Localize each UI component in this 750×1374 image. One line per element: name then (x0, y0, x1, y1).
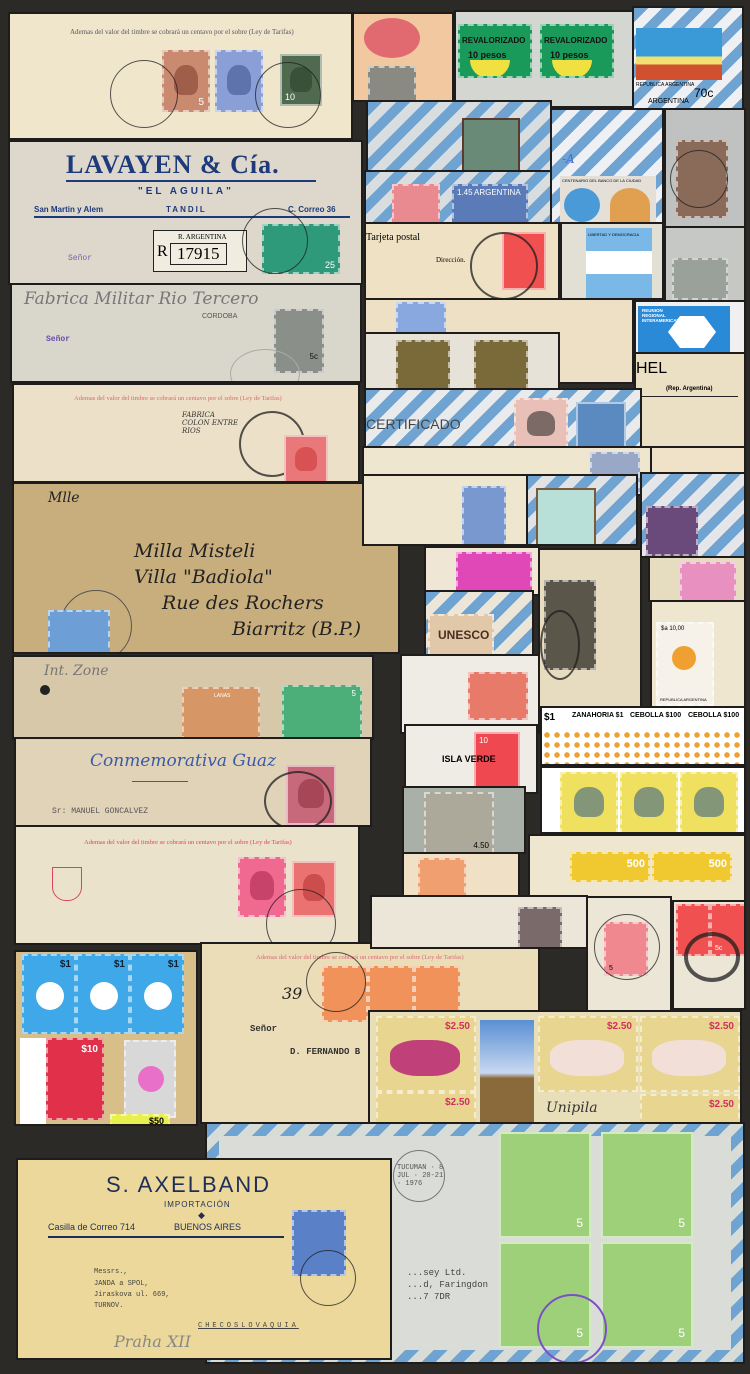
fragment-air-450[interactable]: 4.50 (402, 786, 526, 854)
postmark-expo (110, 60, 178, 128)
stamp-grey-portrait (368, 66, 416, 102)
coat-of-arms-icon (52, 867, 82, 901)
stamp-general-green (462, 118, 520, 172)
stamp-violet-telecom (646, 506, 698, 556)
fragment-libertad[interactable]: LIBERTAD Y DEMOCRACIA (560, 222, 664, 300)
cover-conmemorativa[interactable]: Conmemorativa Guaz Sr: MANUEL GONCALVEZ (14, 737, 372, 827)
stamp-san-martin-20 (462, 486, 506, 546)
fragment-pink-heroes[interactable] (424, 546, 540, 596)
fragment-grey-air[interactable] (664, 226, 746, 302)
postmark-tarjeta (470, 232, 538, 300)
stamp-painting-2 (474, 340, 528, 390)
fragment-san-martin-blue[interactable] (362, 474, 528, 546)
fragment-certificado[interactable]: CERTIFICADO (364, 388, 642, 448)
company-name: S. AXELBAND (106, 1172, 271, 1198)
postmark-tucuman-1976 (393, 1150, 445, 1202)
fragment-red-pair[interactable]: 5c (672, 900, 746, 1010)
reunion-stamp: REUNION REGIONAL INTERAMERICANA (638, 306, 730, 352)
cover-fabrica-militar[interactable]: Fabrica Militar Rio Tercero CORDOBA Seño… (10, 283, 362, 383)
stamp-pink-circle (124, 1040, 176, 1118)
stamp-red-5 (284, 435, 328, 483)
stamp-house-10: $10 (46, 1038, 104, 1120)
stamp-pig-red: $2.50 (376, 1016, 476, 1092)
stamp-bridge: 5 (282, 685, 362, 740)
postmark-expo-2 (255, 62, 321, 128)
fragment-mar-del-plata[interactable]: REPUBLICA ARGENTINA 70c ARGENTINA (632, 6, 744, 110)
cover-fabrica-colon[interactable]: Ademas del valor del timbre se cobrará u… (12, 383, 360, 483)
cover-lavayen[interactable]: LAVAYEN & Cía. "EL AGUILA" San Martin y … (8, 140, 363, 285)
fragment-brown-stamp[interactable] (664, 108, 746, 228)
stamp-south-america-map (536, 488, 596, 546)
stamp-argentina-145: 1.45ARGENTINA (452, 184, 528, 224)
stamp-lily: $a 10,00 REPUBLICA ARGENTINA (656, 622, 714, 706)
stamp-painting-1 (396, 340, 450, 390)
landscape-stamp (480, 1020, 534, 1126)
fragment-isla-verde[interactable]: 10 ISLA VERDE (404, 724, 538, 794)
registration-number: 17915 (170, 243, 227, 265)
fragment-orange-lower[interactable] (402, 852, 520, 900)
postmark-duplex (684, 932, 740, 982)
cover-stationery-red[interactable]: Ademas del valor del timbre se cobrará u… (14, 825, 360, 945)
stamp-pagano (514, 398, 568, 448)
fragment-red-indicium[interactable] (352, 12, 454, 102)
postmark-willer (594, 914, 660, 980)
company-address: San Martin y Alem (10, 205, 103, 214)
stamp-flower-1: $1 (22, 954, 76, 1034)
fragment-unesco[interactable]: UNESCO (424, 590, 534, 656)
stamp-brown-rivadavia (518, 907, 562, 949)
fragment-michel[interactable]: HEL (Rep. Argentina) (634, 352, 746, 460)
stamp-yellow-500-2: 500 (652, 852, 732, 882)
stamp-yellow-blue-3 (680, 772, 738, 834)
stamp-green-1: 5 (499, 1132, 591, 1238)
address-line: Milla Misteli (134, 540, 255, 562)
registration-label: R. ARGENTINA R 17915 (153, 230, 247, 272)
cover-villa-badiola[interactable]: Mlle Milla Misteli Villa "Badiola" Rue d… (12, 482, 400, 654)
fragment-banco-ciudad[interactable]: -A CENTENARIO DEL BANCO DE LA CIUDAD (550, 108, 664, 226)
stamp-blue-portrait (576, 402, 626, 448)
company-subtitle: "EL AGUILA" (138, 186, 234, 197)
cover-int-zone[interactable]: Int. Zone LANAS 5 (12, 655, 374, 740)
cover-expo-filatelica[interactable]: Ademas del valor del timbre se cobrará u… (8, 12, 353, 140)
postmark-ba (540, 610, 580, 680)
stamp-flower-2: $1 (76, 954, 130, 1034)
stamp-green-4: 5 (601, 1242, 693, 1348)
postmark-tandil (242, 208, 308, 274)
stamp-orange-portrait (418, 858, 466, 900)
fragment-flower[interactable]: $a 10,00 REPUBLICA ARGENTINA (650, 600, 746, 710)
company-box: C. Correo 36 (288, 205, 336, 214)
fragment-grey-monument[interactable] (538, 548, 642, 708)
stamp-red-airplane (468, 672, 528, 720)
postmark-violet-oval (537, 1294, 607, 1364)
addressee: D. FERNANDO B (290, 1047, 360, 1057)
company-city: TANDIL (166, 205, 207, 214)
address-line: Biarritz (B.P.) (232, 618, 361, 640)
postmark-buenos-aires (264, 771, 332, 827)
fragment-reunion[interactable]: REUNION REGIONAL INTERAMERICANA (634, 300, 746, 354)
stamp-sheep: LANAS (182, 687, 260, 740)
sheet-margin (20, 1038, 46, 1126)
tariff-notice: Ademas del valor del timbre se cobrará u… (70, 28, 294, 36)
address-line: Villa "Badiola" (134, 566, 273, 588)
fragment-revalorizado[interactable]: REVALORIZADO10 pesos REVALORIZADO10 peso… (454, 10, 634, 108)
stamp-blue-building (48, 610, 110, 654)
fragment-red-stamp[interactable] (400, 654, 540, 734)
stamp-yellow-50: $50 (110, 1114, 170, 1126)
stamp-yellow-500-1: 500 (570, 852, 650, 882)
fragment-tarjeta-postal[interactable]: Tarjeta postal Dirección. (364, 222, 560, 300)
punch-hole (40, 685, 50, 695)
red-embossed-stamp (364, 18, 420, 58)
fragment-violet[interactable] (640, 472, 746, 558)
fragment-airmail-145[interactable]: 1.45ARGENTINA (364, 170, 552, 224)
stamp-pig-red-lower: $2.50 (376, 1092, 476, 1126)
fragment-airmail-general[interactable] (366, 100, 552, 172)
diamond-icon: ◆ (198, 1210, 205, 1221)
address-line: Rue des Rochers (162, 592, 324, 614)
fragment-brown-small[interactable] (370, 895, 588, 949)
city-skyline-stamp (636, 28, 722, 80)
stamp-flower-3: $1 (130, 954, 184, 1034)
stamp-grey-mother-child: 4.50 (424, 792, 494, 854)
fragment-pig-stamps[interactable]: $2.50 $2.50 $2.50 $2.50 $2.50 Unipila (368, 1010, 742, 1126)
stamp-unesco: UNESCO (428, 614, 494, 656)
postmark-tucuman (306, 952, 366, 1012)
fragment-pink-flower[interactable] (648, 556, 746, 602)
postmark-axelband (300, 1250, 356, 1306)
fragment-willer[interactable]: 5 (586, 896, 672, 1012)
stamp-pink-flower (680, 562, 736, 602)
fragment-sabattini-blue[interactable] (540, 766, 746, 834)
stamp-pig-white-1: $2.50 (538, 1016, 638, 1092)
stamp-green-2: 5 (601, 1132, 693, 1238)
banco-ciudad-stamp: CENTENARIO DEL BANCO DE LA CIUDAD (560, 176, 656, 222)
fragment-paintings[interactable] (364, 332, 560, 390)
postmark-brown (670, 150, 728, 208)
stamp-yellow-blue-1 (560, 772, 618, 834)
cover-axelband[interactable]: S. AXELBAND IMPORTACIÓN ◆ Casilla de Cor… (16, 1158, 392, 1360)
stamp-red-small (392, 184, 440, 224)
company-name: LAVAYEN & Cía. (66, 150, 280, 180)
stamp-pig-white-2: $2.50 (640, 1016, 740, 1092)
stamp-grey-plane (672, 258, 728, 300)
orange-pattern (542, 730, 746, 764)
fragment-south-america[interactable] (526, 474, 638, 546)
stamp-revalorizado-2: REVALORIZADO10 pesos (540, 24, 614, 78)
stamp-revalorizado-1: REVALORIZADO10 pesos (458, 24, 532, 78)
flag-stamp (586, 228, 652, 298)
fragment-hortalizas[interactable]: $1 ZANAHORIA $1 CEBOLLA $100 CEBOLLA $10… (540, 706, 746, 766)
fragment-modern-stamps[interactable]: $1 $1 $1 $10 $50 (14, 950, 198, 1126)
stamp-yellow-blue-2 (620, 772, 678, 834)
addressee: Sr: MANUEL GONCALVEZ (52, 807, 148, 816)
